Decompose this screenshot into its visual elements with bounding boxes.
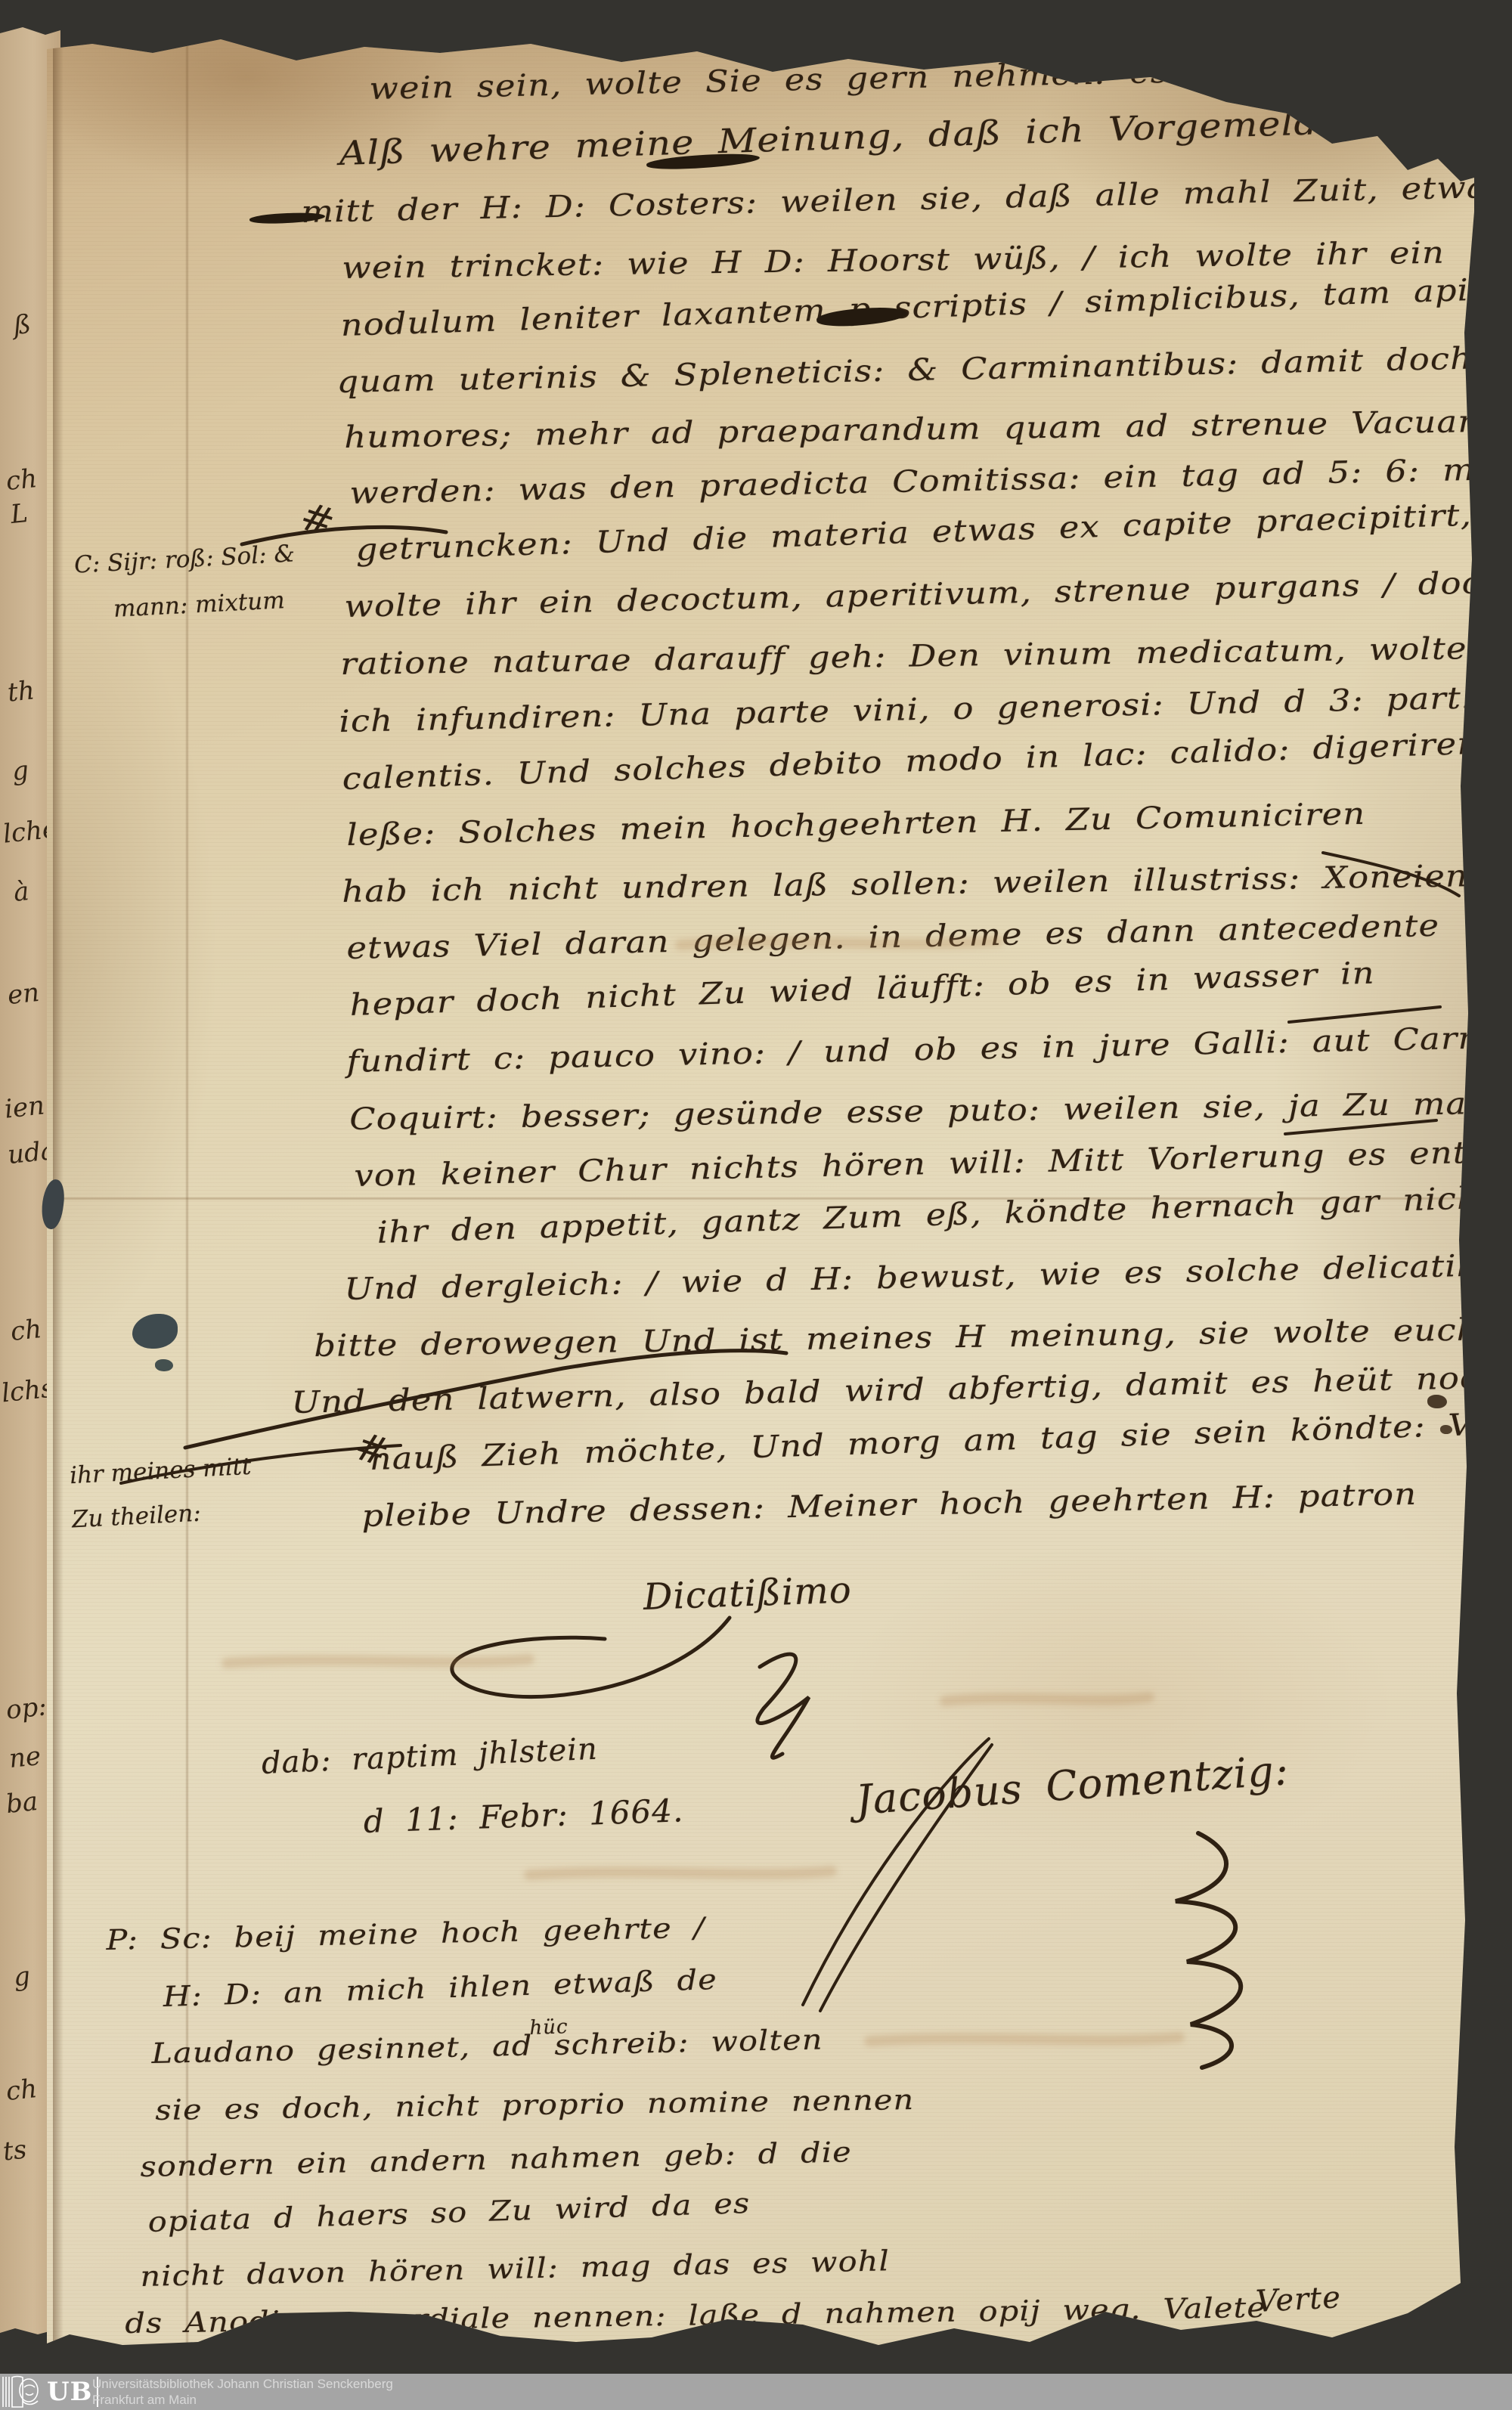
ub-logo: UB xyxy=(2,2375,98,2408)
postscript-line: P: Sc: beij meine hoch geehrte / xyxy=(106,1911,705,1956)
footer-library-name: Universitätsbibliothek Johann Christian … xyxy=(92,2376,393,2392)
manuscript-line: etwas Viel daran gelegen. in deme es dan… xyxy=(346,909,1440,966)
date-line: d 11: Febr: 1664. xyxy=(363,1792,684,1840)
manuscript-line: hepar doch nicht Zu wied läufft: ob es i… xyxy=(349,956,1375,1023)
manuscript-page: 113 # C: Sijr: roß: Sol: & mann: mixtum … xyxy=(47,30,1474,2351)
strip-fragment: ch xyxy=(5,2074,39,2107)
ink-blot xyxy=(1440,1425,1452,1434)
strip-fragment: ch xyxy=(5,463,39,497)
strip-fragment: g xyxy=(11,755,30,787)
strip-fragment: ts xyxy=(2,2134,28,2167)
ub-logo-icon xyxy=(2,2375,44,2408)
manuscript-line: wein sein, wolte Sie es gern nehmen: es … xyxy=(369,45,1512,107)
manuscript-line: Und dergleich: / wie d H: bewust, wie es… xyxy=(344,1246,1512,1307)
ub-logo-text: UB xyxy=(47,2377,92,2407)
verte-note: Verte xyxy=(1255,2280,1342,2319)
margin-note-line: ihr meines mitt xyxy=(69,1453,252,1490)
manuscript-line: mitt der H: D: Costers: weilen sie, daß … xyxy=(301,170,1506,230)
postscript-line: H: D: an mich ihlen etwaß de xyxy=(163,1963,717,2013)
strip-fragment: op: xyxy=(5,1691,48,1725)
strip-fragment: ba xyxy=(5,1786,39,1820)
manuscript-line: bitte derowegen Und ist meines H meinung… xyxy=(314,1312,1479,1364)
margin-note-line: Zu theilen: xyxy=(71,1500,201,1534)
manuscript-line: Alß wehre meine Meinung, daß ich Vorgeme… xyxy=(339,103,1358,173)
strip-fragment: ch xyxy=(9,1314,43,1347)
interline-insertion: hüc xyxy=(529,2015,569,2040)
manuscript-line: wolte ihr ein decoctum, aperitivum, stre… xyxy=(344,564,1512,624)
ink-blot xyxy=(1427,1395,1447,1408)
margin-mark-icon: # xyxy=(295,494,340,547)
strip-fragment: L xyxy=(9,498,29,530)
ink-blot xyxy=(155,1359,173,1371)
postscript-line: ds Anodinum cordiale nennen: laße d nahm… xyxy=(125,2291,1266,2340)
postscript-line: sie es doch, nicht proprio nomine nennen xyxy=(155,2083,915,2127)
footer-library-city: Frankfurt am Main xyxy=(92,2392,393,2408)
date-line: dab: raptim jhlstein xyxy=(261,1732,599,1781)
manuscript-line: leße: Solches mein hochgeehrten H. Zu Co… xyxy=(346,797,1366,853)
manuscript-line: hab ich nicht undren laß sollen: weilen … xyxy=(342,857,1512,909)
margin-note-line: C: Sijr: roß: Sol: & xyxy=(73,540,296,578)
strip-fragment: en xyxy=(6,977,41,1011)
manuscript-line: von keiner Chur nichts hören will: Mitt … xyxy=(354,1132,1512,1194)
postscript-line: nicht davon hören will: mag das es wohl xyxy=(140,2244,890,2293)
manuscript-line: pleibe Undre dessen: Meiner hoch geehrte… xyxy=(361,1477,1417,1534)
strip-fragment: ien xyxy=(3,1090,46,1124)
page-number: 113 xyxy=(1381,34,1463,83)
footer-text: Universitätsbibliothek Johann Christian … xyxy=(92,2376,393,2408)
strip-fragment: th xyxy=(6,675,36,708)
manuscript-line: Coquirt: besser; gesünde esse puto: weil… xyxy=(349,1086,1501,1137)
ink-blot xyxy=(132,1314,178,1349)
postscript-line: Laudano gesinnet, ad schreib: wolten xyxy=(151,2023,823,2070)
strip-fragment: à xyxy=(12,876,30,908)
closing-salutation: Dicatißimo xyxy=(643,1569,853,1619)
manuscript-line: calentis. Und solches debito modo in lac… xyxy=(342,726,1480,797)
strip-fragment: g xyxy=(12,1961,32,1993)
margin-note-line: mann: mixtum xyxy=(113,587,285,623)
strip-fragment: ne xyxy=(8,1741,42,1774)
strip-fragment: ß xyxy=(12,309,33,341)
postscript-line: sondern ein andern nahmen geb: d die xyxy=(140,2136,852,2183)
postscript-line: opiata d haers so Zu wird da es xyxy=(147,2187,751,2238)
signature: Jacobus Comentzig: xyxy=(854,1746,1290,1824)
manuscript-line: Und den latwern, also bald wird abfertig… xyxy=(291,1358,1512,1420)
manuscript-line: ratione naturae darauff geh: Den vinum m… xyxy=(340,631,1467,682)
manuscript-scan: ß ch L th g lche à en ien uda ch lchs op… xyxy=(0,0,1512,2410)
manuscript-line: fundirt c: pauco vino: / und ob es in ju… xyxy=(346,1021,1510,1080)
manuscript-line: quam uterinis & Spleneticis: & Carminant… xyxy=(336,339,1512,400)
manuscript-line: humores; mehr ad praeparandum quam ad st… xyxy=(344,401,1512,455)
manuscript-line: nauß Zieh möchte, Und morg am tag sie se… xyxy=(369,1407,1509,1477)
library-footer: UB Universitätsbibliothek Johann Christi… xyxy=(0,2374,1512,2410)
